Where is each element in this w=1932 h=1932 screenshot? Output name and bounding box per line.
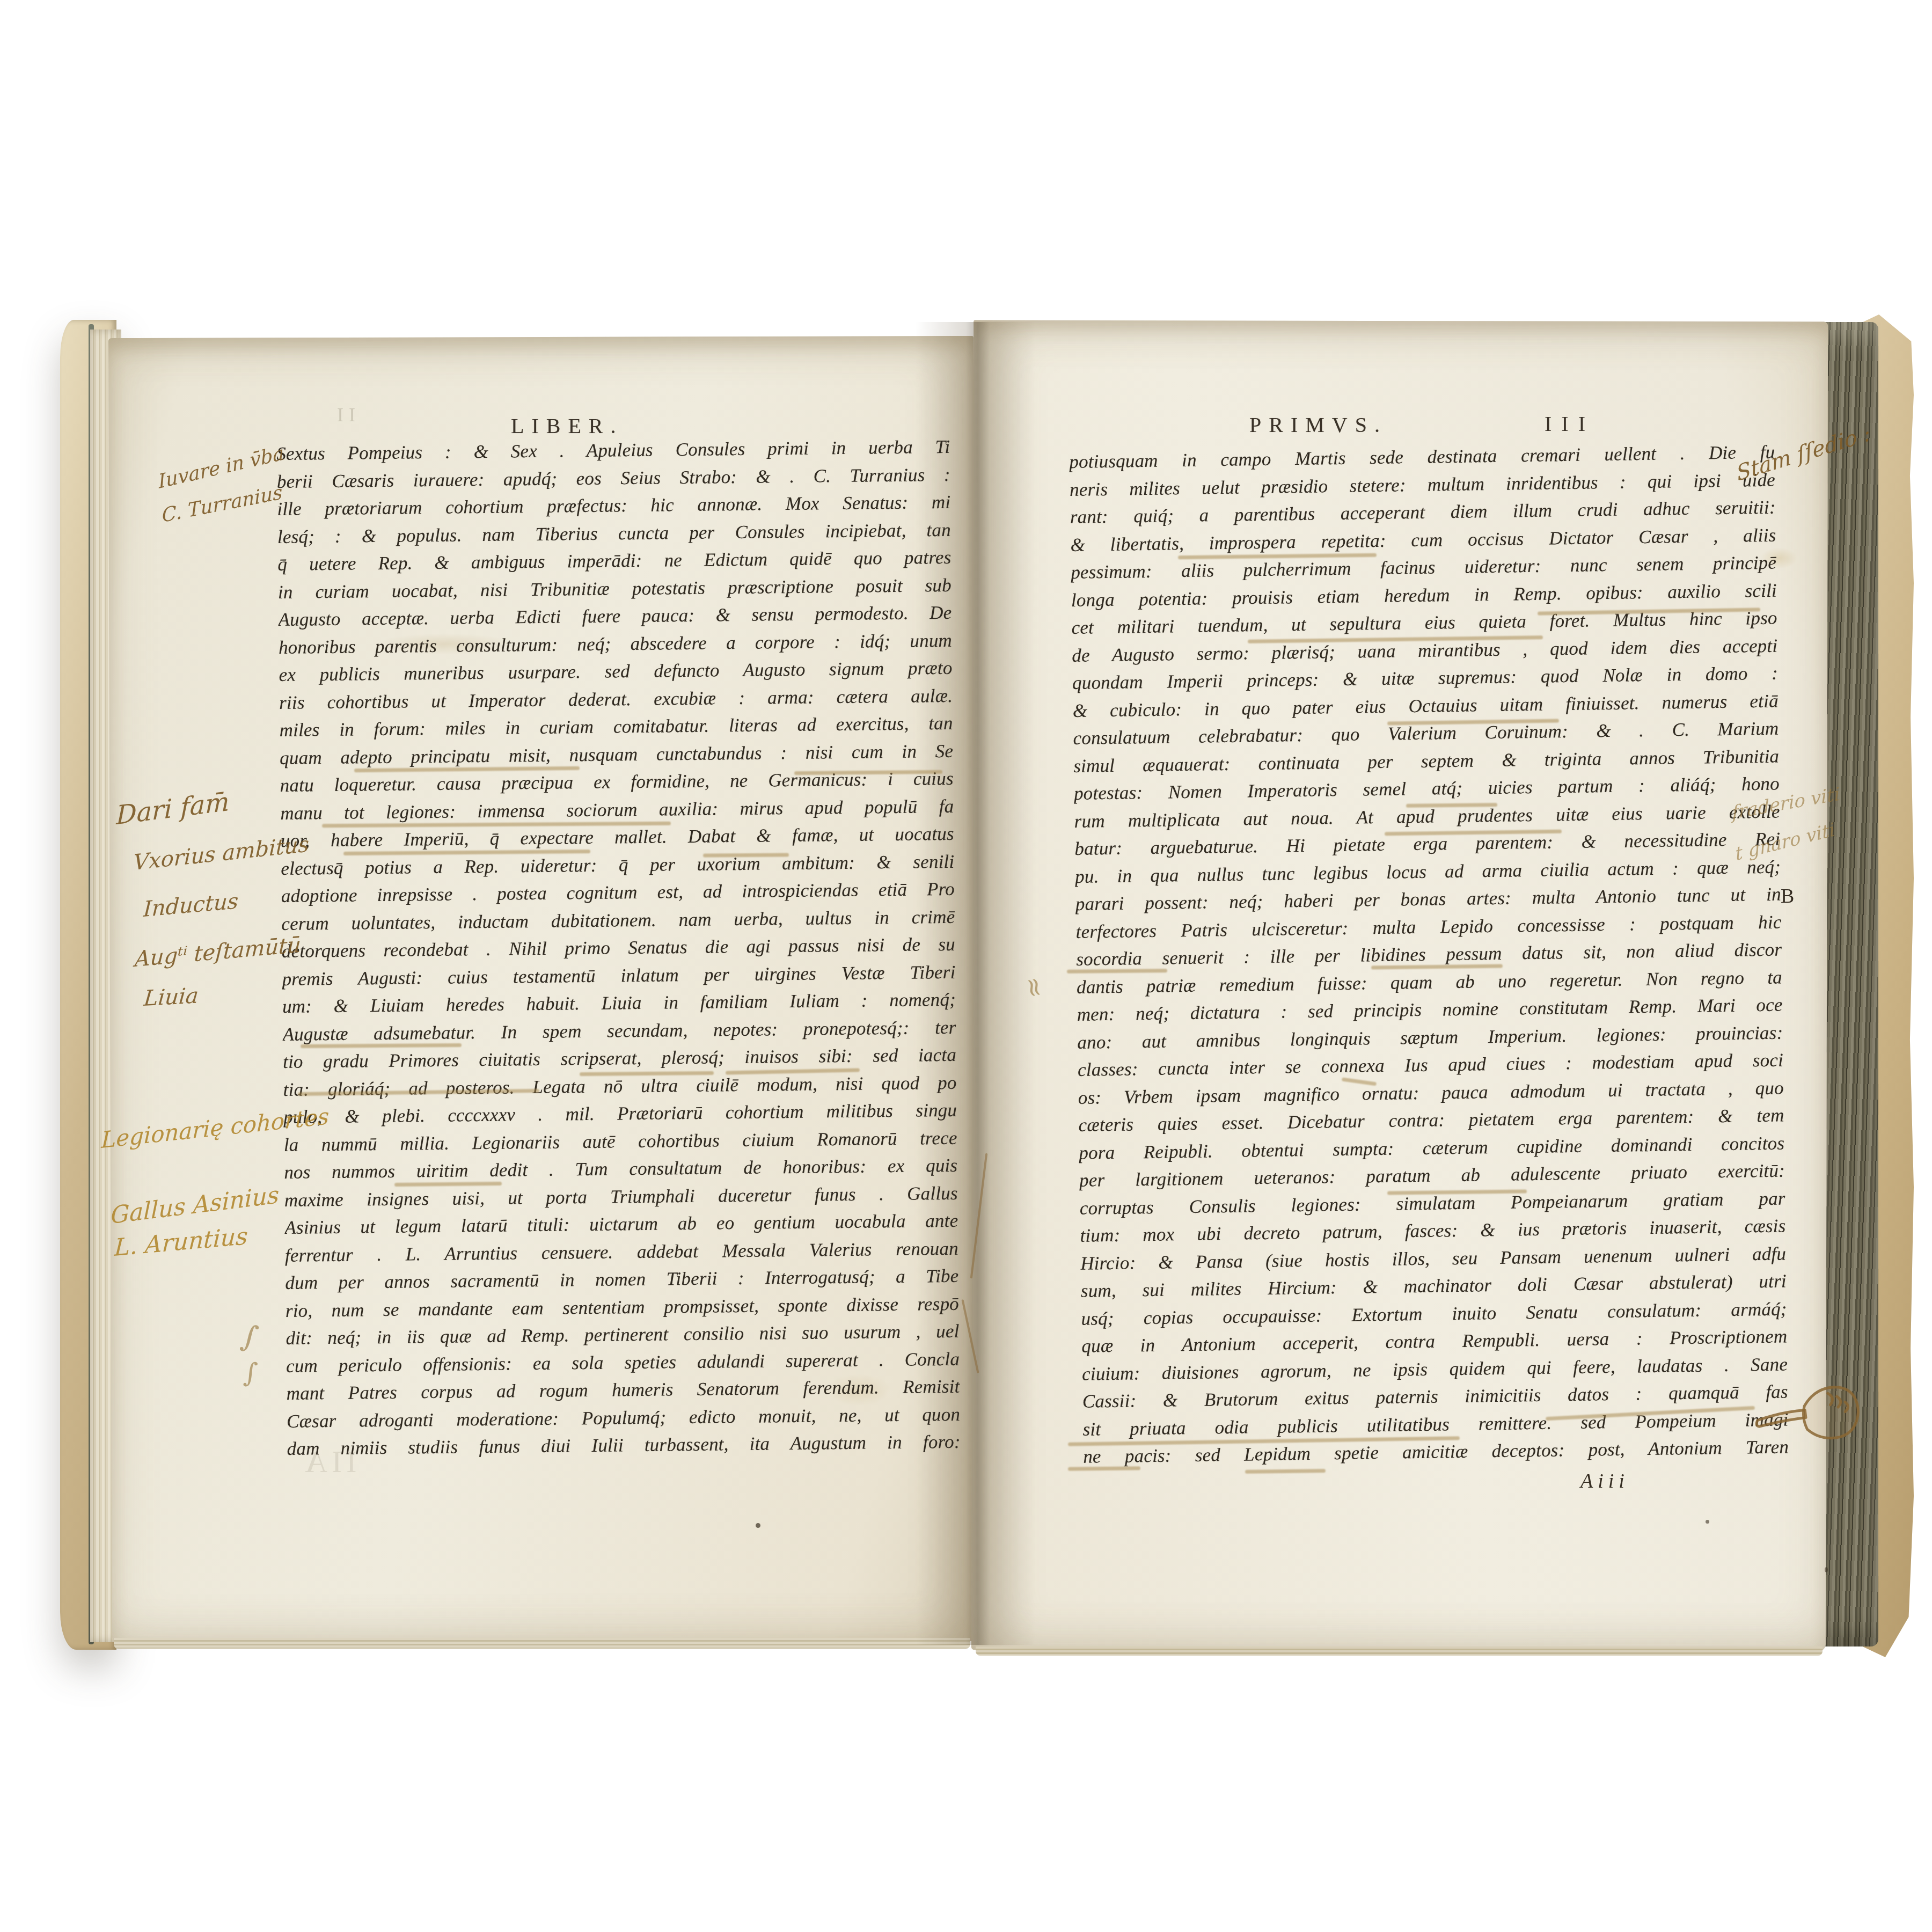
page-stack-bottom-left [114, 1638, 970, 1649]
photograph-canvas: { "colors": { "background": "#ffffff", "… [0, 0, 1932, 1932]
showthrough-folio: II [337, 404, 361, 426]
right-folio-number: III [1545, 411, 1595, 436]
paper-speck [1825, 1567, 1828, 1572]
manicule-icon [1746, 1375, 1871, 1469]
left-running-title: LIBER. [511, 413, 624, 438]
paper-speck [1706, 1520, 1709, 1524]
page-stack-bottom-right [976, 1646, 1823, 1656]
right-page-text: potiusquam in campo Martis sede destinat… [1069, 438, 1789, 1471]
printed-margin-letter: B [1781, 884, 1794, 908]
quire-signature: Aiii [1580, 1469, 1629, 1493]
left-page-text: Sextus Pompeius : & Sex . Apuleius Consu… [276, 433, 961, 1463]
paper-speck [756, 1523, 760, 1528]
right-running-title: PRIMVS. [1249, 412, 1387, 437]
